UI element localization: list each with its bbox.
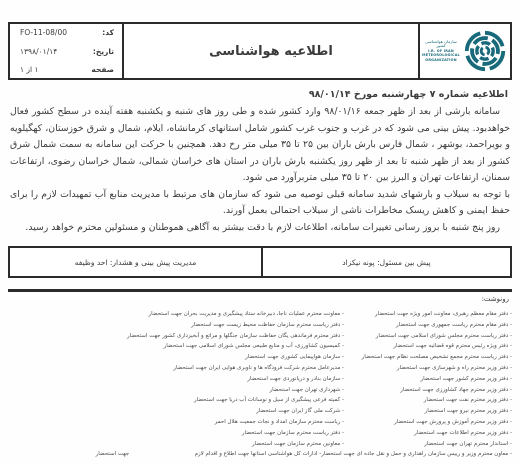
cc-row: معاون محترم وزیر و رییس سازمان راهداری و… bbox=[0, 449, 512, 460]
cc-label: رونوشت: bbox=[482, 295, 509, 303]
cc-row: دفتر ریاست محترم مجلس شورای اسلامی جهت ا… bbox=[0, 331, 512, 342]
cc-item: جهت استحضار bbox=[96, 449, 130, 460]
cc-item: ریاست محترم سازمان امداد و نجات جمعیت هل… bbox=[194, 417, 344, 428]
cc-row: دفتر ویژه رئیس محترم قوه قضائیه جهت استح… bbox=[0, 341, 512, 352]
logo-line-3: ORGANIZATION bbox=[425, 58, 457, 63]
header-table: سازمان هواشناسی کشور I.R. OF IRAN METEOR… bbox=[8, 22, 512, 80]
body-paragraph-2: با توجه به سیلاب و بارشهای شدید سامانه ق… bbox=[10, 187, 510, 220]
cc-item: معاون محترم وزیر و رییس سازمان راهداری و… bbox=[321, 449, 512, 460]
cc-item: شرکت ملی گاز ایران جهت استحضار bbox=[194, 406, 344, 417]
cc-item: دفتر وزیر محترم جهاد کشاورزی جهت استحضار bbox=[344, 385, 512, 396]
body-paragraph-1: سامانه بارشی از بعد از ظهر جمعه ۹۸/۰۱/۱۶… bbox=[10, 104, 510, 187]
cc-item: دفتر مقام معظم رهبری، معاونت امور ویژه ج… bbox=[344, 309, 512, 320]
cc-item: دفتر وزیر محترم اطلاعات جهت استحضار bbox=[344, 428, 512, 439]
cc-row: دفتر وزیر محترم جهاد کشاورزی جهت استحضار… bbox=[0, 385, 512, 396]
cc-row: دفتر وزیر محترم نیرو جهت استحضار شرکت مل… bbox=[0, 406, 512, 417]
page-row: صفحه ۱ از ۱ bbox=[20, 65, 114, 74]
cc-item: معاونت محترم عملیات ناجا، دبیرخانه ستاد … bbox=[149, 309, 345, 320]
cc-item: ادارات کل هواشناسی استانها جهت اطلاع و ا… bbox=[171, 449, 321, 460]
cc-item: دفتر وزیر محترم کشور جهت استحضار bbox=[344, 374, 512, 385]
cc-row: دفتر وزیر محترم آموزش و پرورش جهت استحضا… bbox=[0, 417, 512, 428]
date-row: تاریخ: ۱۳۹۸/۰۱/۱۴ bbox=[20, 47, 114, 56]
cc-item: دفتر وزیر محترم آموزش و پرورش جهت استحضا… bbox=[344, 417, 512, 428]
cc-row: دفتر وزیر محترم نفت جهت استحضار کمیته فر… bbox=[0, 395, 512, 406]
cc-row: دفتر وزیر محترم اطلاعات جهت استحضار دفتر… bbox=[0, 428, 512, 439]
subject-line: اطلاعیه شماره ۷ چهارشنبه مورخ ۹۸/۰۱/۱۴ bbox=[12, 89, 508, 100]
code-value: FO-11-08/00 bbox=[20, 28, 67, 37]
cc-item: دفتر وزیر محترم راه و شهرسازی جهت استحضا… bbox=[344, 363, 512, 374]
code-row: کد: FO-11-08/00 bbox=[20, 28, 114, 37]
code-cell: کد: FO-11-08/00 تاریخ: ۱۳۹۸/۰۱/۱۴ صفحه ۱… bbox=[10, 24, 122, 78]
cc-item: دفتر ریاست محترم مجمع تشخیص مصلحت نظام ج… bbox=[344, 352, 512, 363]
code-label: کد: bbox=[102, 28, 114, 37]
date-value: ۱۳۹۸/۰۱/۱۴ bbox=[20, 47, 57, 56]
cc-item: دفتر مقام محترم ریاست جمهوری جهت استحضار bbox=[344, 320, 512, 331]
cc-row: استاندار محترم تهران جهت استحضار معاونین… bbox=[0, 439, 512, 450]
cc-row: دفتر مقام محترم ریاست جمهوری جهت استحضار… bbox=[0, 320, 512, 331]
cc-row: دفتر مقام معظم رهبری، معاونت امور ویژه ج… bbox=[0, 309, 512, 320]
cc-item: دفتر ریاست محترم سازمان حفاظت محیط زیست … bbox=[191, 320, 344, 331]
cyclone-spiral-icon bbox=[462, 28, 508, 74]
cc-row: دفتر ریاست محترم مجمع تشخیص مصلحت نظام ج… bbox=[0, 352, 512, 363]
cc-item: شهرداری تهران جهت استحضار bbox=[194, 385, 344, 396]
cc-item: دفتر ریاست محترم سازمان جهت استحضار bbox=[194, 428, 344, 439]
cc-item: استاندار محترم تهران جهت استحضار bbox=[344, 439, 512, 450]
divider-rule bbox=[8, 289, 512, 292]
cc-item: مدیرعامل محترم شرکت فرودگاه ها و ناوبری … bbox=[173, 363, 344, 374]
cc-item: کمیته فرعی پیشگیری از سیل و نوسانات آب د… bbox=[194, 395, 344, 406]
logo-org-name-fa: سازمان هواشناسی کشور bbox=[422, 40, 460, 49]
cc-row: دفتر وزیر محترم راه و شهرسازی جهت استحضا… bbox=[0, 363, 512, 374]
body-text: سامانه بارشی از بعد از ظهر جمعه ۹۸/۰۱/۱۶… bbox=[10, 104, 510, 236]
cc-item: سازمان هواپیمایی کشوری جهت استحضار bbox=[194, 352, 344, 363]
cc-row: دفتر وزیر محترم کشور جهت استحضار سازمان … bbox=[0, 374, 512, 385]
signature-table: پیش بین مسئول: پونه نیکزاد مدیریت پیش بی… bbox=[8, 246, 512, 278]
cc-item: دفتر ریاست محترم مجلس شورای اسلامی جهت ا… bbox=[344, 331, 512, 342]
manager-name: مدیریت پیش بینی و هشدار: احد وظیفه bbox=[75, 258, 196, 267]
forecaster-name: پیش بین مسئول: پونه نیکزاد bbox=[342, 258, 430, 267]
forecaster-cell: پیش بین مسئول: پونه نیکزاد bbox=[261, 248, 510, 276]
page-label: صفحه bbox=[91, 65, 114, 74]
cc-item: دفتر ویژه رئیس محترم قوه قضائیه جهت استح… bbox=[344, 341, 512, 352]
cc-item: دفتر محترم فرماندهی یگان حفاظت سازمان جن… bbox=[127, 331, 344, 342]
title-cell: اطلاعیه هواشناسی bbox=[122, 24, 418, 78]
cc-item: کمیسیون کشاورزی، آب و منابع طبیعی مجلس ش… bbox=[164, 341, 344, 352]
logo-text: سازمان هواشناسی کشور I.R. OF IRAN METEOR… bbox=[422, 40, 460, 63]
org-logo: سازمان هواشناسی کشور I.R. OF IRAN METEOR… bbox=[418, 24, 510, 78]
body-paragraph-3: روز پنج شنبه با بروز رسانی تغییرات سامان… bbox=[10, 220, 510, 237]
document-page: سازمان هواشناسی کشور I.R. OF IRAN METEOR… bbox=[0, 0, 520, 464]
cc-list: دفتر مقام معظم رهبری، معاونت امور ویژه ج… bbox=[0, 309, 512, 460]
date-label: تاریخ: bbox=[93, 47, 114, 56]
cc-item: دفتر وزیر محترم نفت جهت استحضار bbox=[344, 395, 512, 406]
cc-item: دفتر وزیر محترم نیرو جهت استحضار bbox=[344, 406, 512, 417]
page-value: ۱ از ۱ bbox=[20, 65, 39, 74]
cc-item: سازمان بنادر و دریانوردی جهت استحضار bbox=[194, 374, 344, 385]
doc-title: اطلاعیه هواشناسی bbox=[209, 44, 333, 59]
cc-item: معاونین محترم سازمان جهت استحضار bbox=[194, 439, 344, 450]
manager-cell: مدیریت پیش بینی و هشدار: احد وظیفه bbox=[10, 248, 261, 276]
